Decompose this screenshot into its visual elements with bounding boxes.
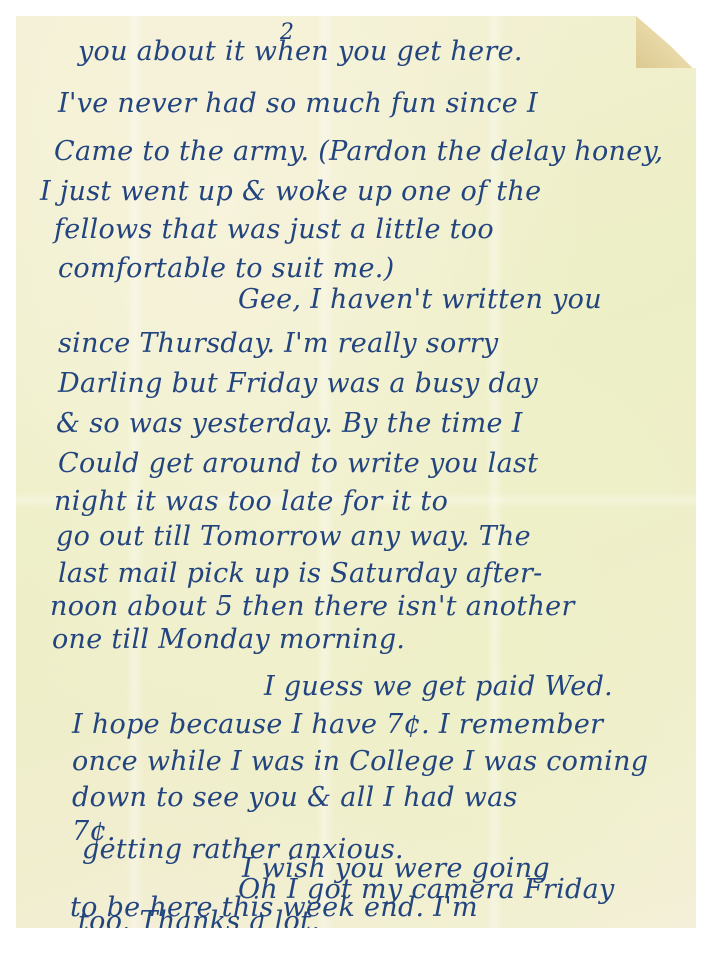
handwritten-line: Darling but Friday was a busy day [58,368,538,399]
handwritten-line: noon about 5 then there isn't another [50,591,575,622]
handwritten-line: Oh I got my camera Friday [238,874,615,905]
handwritten-line: getting rather anxious. [82,834,404,865]
handwritten-line: too. Thanks a lot. [78,906,320,937]
handwritten-line: I guess we get paid Wed. [264,671,613,702]
handwritten-line: last mail pick up is Saturday after- [58,558,543,589]
handwritten-line: Gee, I haven't written you [238,284,602,315]
handwritten-line: I've never had so much fun since I [58,88,538,119]
handwritten-line: go out till Tomorrow any way. The [56,521,531,552]
handwritten-line: Could get around to write you last [58,448,538,479]
handwritten-line: fellows that was just a little too [54,214,494,245]
handwritten-line: & so was yesterday. By the time I [56,408,523,439]
handwritten-line: one till Monday morning. [52,624,405,655]
handwritten-line: since Thursday. I'm really sorry [58,328,498,359]
letter-body: you about it when you get here.I've neve… [16,16,696,928]
handwritten-line: comfortable to suit me.) [58,253,394,284]
handwritten-line: you about it when you get here. [78,36,523,67]
handwritten-line: night it was too late for it to [54,486,448,517]
handwritten-line: I just went up & woke up one of the [40,176,541,207]
letter-page: 2 you about it when you get here.I've ne… [16,16,696,928]
handwritten-line: once while I was in College I was coming [72,746,648,777]
handwritten-line: I hope because I have 7¢. I remember [72,709,603,740]
handwritten-line: down to see you & all I had was [72,782,518,813]
handwritten-line: Came to the army. (Pardon the delay hone… [54,136,663,167]
